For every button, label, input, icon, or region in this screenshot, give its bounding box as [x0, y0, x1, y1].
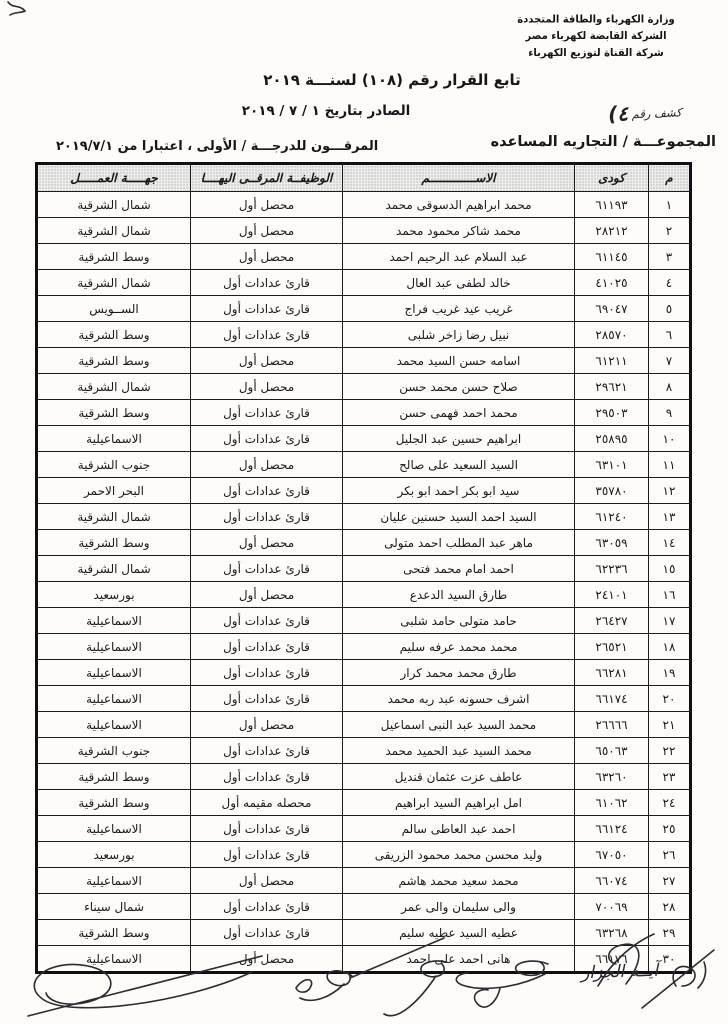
cell-no: ١٦ [649, 582, 691, 608]
cell-no: ٢٤ [649, 790, 691, 816]
table-row: ٢٨٧٠٠٦٩والى سليمان والى عمرقارئ عدادات أ… [37, 894, 691, 920]
cell-workplace: شمال سيناء [37, 894, 191, 920]
cell-no: ٧ [649, 348, 691, 374]
cell-workplace: وسط الشرقية [37, 348, 191, 374]
cell-workplace: البحر الاحمر [37, 478, 191, 504]
cell-name: عطيه السيد عطيه سليم [343, 920, 575, 946]
table-row: ٥٦٩٠٤٧غريب عيد غريب فراجقارئ عدادات أولا… [37, 296, 691, 322]
cell-no: ١٣ [649, 504, 691, 530]
cell-code: ٦٩٠٤٧ [575, 296, 649, 322]
cell-no: ٢٩ [649, 920, 691, 946]
cell-code: ٢٦٦٦٦ [575, 712, 649, 738]
table-row: ١٧٢٦٤٢٧حامد متولى حامد شلبىقارئ عدادات أ… [37, 608, 691, 634]
header-no: م [649, 164, 691, 192]
cell-no: ٢٥ [649, 816, 691, 842]
table-row: ١٩٦٦٢٨١طارق محمد محمد كرارقارئ عدادات أو… [37, 660, 691, 686]
cell-name: حامد متولى حامد شلبى [343, 608, 575, 634]
cell-name: خالد لطفى عبد العال [343, 270, 575, 296]
table-row: ١١٦٣١٠١السيد السعيد على صالحمحصل أولجنوب… [37, 452, 691, 478]
cell-code: ٢٦٤٢٧ [575, 608, 649, 634]
cell-job: قارئ عدادات أول [191, 686, 343, 712]
cell-code: ٦٣١٠١ [575, 452, 649, 478]
cell-no: ١٥ [649, 556, 691, 582]
cell-job: قارئ عدادات أول [191, 764, 343, 790]
table-row: ١٢٣٥٧٨٠سيد ابو بكر احمد ابو بكرقارئ عداد… [37, 478, 691, 504]
cell-workplace: الاسماعيلية [37, 712, 191, 738]
table-row: ٢٢٨٢١٢محمد شاكر محمود محمدمحصل أولشمال ا… [37, 218, 691, 244]
header-code: كودى [575, 164, 649, 192]
cell-name: غريب عيد غريب فراج [343, 296, 575, 322]
cell-name: محمد السيد عبد الحميد محمد [343, 738, 575, 764]
sheet-number-note: كشف رقم (٤ [608, 96, 719, 124]
cell-name: صلاح حسن محمد حسن [343, 374, 575, 400]
cell-name: السيد احمد السيد حسنين عليان [343, 504, 575, 530]
cell-name: اسامه حسن السيد محمد [343, 348, 575, 374]
cell-workplace: الاسماعيلية [37, 686, 191, 712]
cell-name: عاطف عزت عثمان قنديل [343, 764, 575, 790]
letterhead-line-ministry: وزارة الكهرباء والطاقة المتجددة [470, 12, 722, 29]
cell-no: ٤ [649, 270, 691, 296]
sheet-number-label: كشف رقم [631, 105, 681, 121]
cell-job: محصل أول [191, 348, 343, 374]
table-row: ٢٢٦٥٠٦٣محمد السيد عبد الحميد محمدقارئ عد… [37, 738, 691, 764]
cell-no: ١ [649, 192, 691, 218]
signature-scribble [300, 971, 352, 1000]
table-row: ٢٦٦٧٠٥٠وليد محسن محمد محمود الزريقىقارئ … [37, 842, 691, 868]
scan-mark-icon [8, 2, 25, 15]
cell-name: وليد محسن محمد محمود الزريقى [343, 842, 575, 868]
cell-workplace: وسط الشرقية [37, 244, 191, 270]
cell-no: ٦ [649, 322, 691, 348]
cell-code: ٦٦٢٨١ [575, 660, 649, 686]
cell-no: ٢٢ [649, 738, 691, 764]
cell-no: ١٠ [649, 426, 691, 452]
scanned-decree-page: وزارة الكهرباء والطاقة المتجددة الشركة ا… [0, 0, 728, 1024]
table-row: ٢٧٦٦٠٧٤محمد سعيد محمد هاشممحصل أولالاسما… [37, 868, 691, 894]
signature-scribble [698, 962, 706, 988]
cell-name: سيد ابو بكر احمد ابو بكر [343, 478, 575, 504]
cell-name: اشرف حسونه عبد ربه محمد [343, 686, 575, 712]
cell-workplace: شمال الشرقية [37, 556, 191, 582]
cell-name: السيد السعيد على صالح [343, 452, 575, 478]
cell-workplace: الاسماعيلية [37, 660, 191, 686]
cell-code: ٢٥٨٩٥ [575, 426, 649, 452]
header-workplace: جهـــــة العمـــــل [37, 164, 191, 192]
table-row: ١٨٢٦٥٢١محمد محمد عرفه سليمقارئ عدادات أو… [37, 634, 691, 660]
cell-code: ٦٧٠٥٠ [575, 842, 649, 868]
table-row: ١٦٢٤١٠١طارق السيد الدعدعمحصل أولبورسعيد [37, 582, 691, 608]
table-row: ٧٦١٢١١اسامه حسن السيد محمدمحصل أولوسط ال… [37, 348, 691, 374]
cell-name: محمد السيد عبد النبى اسماعيل [343, 712, 575, 738]
cell-job: قارئ عدادات أول [191, 296, 343, 322]
cell-name: والى سليمان والى عمر [343, 894, 575, 920]
table-row: ٢٠٦٦١٧٤اشرف حسونه عبد ربه محمدقارئ عدادا… [37, 686, 691, 712]
table-row: ١٥٦٢٢٣٦احمد امام محمد فتحىقارئ عدادات أو… [37, 556, 691, 582]
cell-no: ٥ [649, 296, 691, 322]
cell-job: محصل أول [191, 530, 343, 556]
letterhead-line-holding-company: الشركة القابضة لكهرباء مصر [470, 29, 722, 46]
cell-name: محمد احمد فهمى حسن [343, 400, 575, 426]
cell-job: محصل أول [191, 946, 343, 973]
table-row: ٢٣٦٣٢٦٠عاطف عزت عثمان قنديلقارئ عدادات أ… [37, 764, 691, 790]
cell-workplace: شمال الشرقية [37, 192, 191, 218]
cell-workplace: الاسماعيلية [37, 608, 191, 634]
table-row: ١٤٦٣٠٥٩ماهر عبد المطلب احمد متولىمحصل أو… [37, 530, 691, 556]
cell-job: قارئ عدادات أول [191, 504, 343, 530]
cell-name: محمد محمد عرفه سليم [343, 634, 575, 660]
promotion-label: المرقـــون للدرجـــة / الأولى ، اعتبارا … [56, 139, 378, 154]
cell-name: نبيل رضا زاخر شلبى [343, 322, 575, 348]
cell-workplace: وسط الشرقية [37, 920, 191, 946]
cell-code: ٦٣٢٦٨ [575, 920, 649, 946]
cell-code: ٦٢٢٣٦ [575, 556, 649, 582]
cell-no: ٢٨ [649, 894, 691, 920]
cell-no: ٢ [649, 218, 691, 244]
cell-workplace: الاسماعيلية [37, 634, 191, 660]
cell-job: محصل أول [191, 244, 343, 270]
cell-no: ٨ [649, 374, 691, 400]
cell-workplace: الاسماعيلية [37, 868, 191, 894]
cell-workplace: وسط الشرقية [37, 400, 191, 426]
cell-job: قارئ عدادات أول [191, 920, 343, 946]
table-row: ١٦١١٩٣محمد ابراهيم الدسوقى محمدمحصل أولش… [37, 192, 691, 218]
table-row: ١٠٢٥٨٩٥ابراهيم حسين عبد الجليلقارئ عدادا… [37, 426, 691, 452]
cell-name: محمد سعيد محمد هاشم [343, 868, 575, 894]
letterhead-line-canal-company: شركة القناة لتوزيع الكهرباء [470, 45, 722, 62]
cell-workplace: الاسماعيلية [37, 426, 191, 452]
cell-code: ٦٦١٧٤ [575, 686, 649, 712]
cell-job: قارئ عدادات أول [191, 426, 343, 452]
cell-code: ٢٩٥٠٣ [575, 400, 649, 426]
cell-job: محصل أول [191, 712, 343, 738]
cell-code: ٢٤١٠١ [575, 582, 649, 608]
table-row: ٤٤١٠٢٥خالد لطفى عبد العالقارئ عدادات أول… [37, 270, 691, 296]
cell-name: طارق محمد محمد كرار [343, 660, 575, 686]
cell-job: قارئ عدادات أول [191, 842, 343, 868]
cell-workplace: جنوب الشرقية [37, 452, 191, 478]
cell-workplace: بورسعيد [37, 582, 191, 608]
cell-no: ١٩ [649, 660, 691, 686]
cell-no: ١٢ [649, 478, 691, 504]
cell-code: ٧٠٠٦٩ [575, 894, 649, 920]
cell-no: ٢٣ [649, 764, 691, 790]
cell-job: قارئ عدادات أول [191, 400, 343, 426]
sheet-number-value: (٤ [608, 101, 629, 126]
cell-job: قارئ عدادات أول [191, 660, 343, 686]
cell-job: محصل أول [191, 218, 343, 244]
cell-code: ٣٥٧٨٠ [575, 478, 649, 504]
table-row: ٢٩٦٣٢٦٨عطيه السيد عطيه سليمقارئ عدادات أ… [37, 920, 691, 946]
cell-job: قارئ عدادات أول [191, 478, 343, 504]
cell-workplace: الاسماعيلية [37, 816, 191, 842]
cell-no: ١١ [649, 452, 691, 478]
roster-table: م كودى الاســـــــــــــم الوظيفــة المر… [35, 162, 692, 974]
signature-scribble [475, 988, 500, 1007]
cell-no: ٢٠ [649, 686, 691, 712]
roster-table-body: ١٦١١٩٣محمد ابراهيم الدسوقى محمدمحصل أولش… [37, 192, 691, 973]
table-row: ٢١٢٦٦٦٦محمد السيد عبد النبى اسماعيلمحصل … [37, 712, 691, 738]
cell-no: ٢١ [649, 712, 691, 738]
cell-no: ٢٦ [649, 842, 691, 868]
table-row: ٣٦١١٤٥عبد السلام عبد الرحيم احمدمحصل أول… [37, 244, 691, 270]
cell-job: محصل أول [191, 374, 343, 400]
cell-workplace: شمال الشرقية [37, 374, 191, 400]
signature-scribble [296, 980, 312, 992]
cell-job: محصل أول [191, 192, 343, 218]
decree-title: تابع القرار رقم (١٠٨) لسنـــة ٢٠١٩ [204, 71, 580, 89]
cell-job: قارئ عدادات أول [191, 270, 343, 296]
decree-issue-date: الصادر بتاريخ ١ / ٧ / ٢٠١٩ [224, 103, 428, 119]
header-job: الوظيفــة المرقــى اليهــــا [191, 164, 343, 192]
cell-name: احمد عبد العاطى سالم [343, 816, 575, 842]
cell-name: طارق السيد الدعدع [343, 582, 575, 608]
table-row: ١٣٦١٢٤٠السيد احمد السيد حسنين عليانقارئ … [37, 504, 691, 530]
cell-code: ٦٣٢٦٠ [575, 764, 649, 790]
cell-workplace: شمال الشرقية [37, 504, 191, 530]
header-name: الاســـــــــــــم [343, 164, 575, 192]
cell-code: ٦٦١٢٤ [575, 816, 649, 842]
cell-job: قارئ عدادات أول [191, 322, 343, 348]
cell-code: ٦١١٩٣ [575, 192, 649, 218]
table-row: ٦٢٨٥٧٠نبيل رضا زاخر شلبىقارئ عدادات أولو… [37, 322, 691, 348]
cell-workplace: بورسعيد [37, 842, 191, 868]
cell-name: ابراهيم حسين عبد الجليل [343, 426, 575, 452]
letterhead: وزارة الكهرباء والطاقة المتجددة الشركة ا… [470, 12, 722, 62]
cell-job: محصل أول [191, 868, 343, 894]
cell-name: احمد امام محمد فتحى [343, 556, 575, 582]
cell-code: ٦١١٤٥ [575, 244, 649, 270]
cell-code: ٦٦٠٧٤ [575, 868, 649, 894]
cell-code: ٦٥٠٦٣ [575, 738, 649, 764]
cell-workplace: شمال الشرقية [37, 218, 191, 244]
cell-no: ٢٧ [649, 868, 691, 894]
cell-name: محمد شاكر محمود محمد [343, 218, 575, 244]
group-label: المجموعـــة / التجاريه المساعده [491, 134, 716, 150]
cell-code: ٢٨٥٧٠ [575, 322, 649, 348]
cell-no: ١٨ [649, 634, 691, 660]
cell-no: ٣ [649, 244, 691, 270]
cell-job: محصله مقيمه أول [191, 790, 343, 816]
cell-code: ٦٣٠٥٩ [575, 530, 649, 556]
cell-code: ٦١٢٤٠ [575, 504, 649, 530]
cell-no: ٩ [649, 400, 691, 426]
cell-name: عبد السلام عبد الرحيم احمد [343, 244, 575, 270]
cell-name: ماهر عبد المطلب احمد متولى [343, 530, 575, 556]
cell-code: ٢٨٢١٢ [575, 218, 649, 244]
table-row: ٢٤٦١٠٦٢امل ابراهيم السيد ابراهيممحصله مق… [37, 790, 691, 816]
table-row: ٢٥٦٦١٢٤احمد عبد العاطى سالمقارئ عدادات أ… [37, 816, 691, 842]
cell-job: محصل أول [191, 452, 343, 478]
handwritten-name: آيــه الجزار [581, 961, 659, 984]
cell-workplace: وسط الشرقية [37, 764, 191, 790]
cell-job: قارئ عدادات أول [191, 556, 343, 582]
cell-job: قارئ عدادات أول [191, 894, 343, 920]
cell-workplace: الســويس [37, 296, 191, 322]
cell-workplace: وسط الشرقية [37, 530, 191, 556]
cell-no: ١٧ [649, 608, 691, 634]
cell-name: امل ابراهيم السيد ابراهيم [343, 790, 575, 816]
cell-code: ٦١٢١١ [575, 348, 649, 374]
cell-name: محمد ابراهيم الدسوقى محمد [343, 192, 575, 218]
table-row: ٩٢٩٥٠٣محمد احمد فهمى حسنقارئ عدادات أولو… [37, 400, 691, 426]
cell-job: قارئ عدادات أول [191, 816, 343, 842]
table-header-row: م كودى الاســـــــــــــم الوظيفــة المر… [37, 164, 691, 192]
cell-workplace: جنوب الشرقية [37, 738, 191, 764]
cell-code: ٤١٠٢٥ [575, 270, 649, 296]
cell-code: ٦١٠٦٢ [575, 790, 649, 816]
cell-code: ٢٦٥٢١ [575, 634, 649, 660]
cell-job: قارئ عدادات أول [191, 634, 343, 660]
cell-workplace: وسط الشرقية [37, 790, 191, 816]
cell-no: ١٤ [649, 530, 691, 556]
cell-name: هانى احمد على احمد [343, 946, 575, 973]
cell-job: محصل أول [191, 582, 343, 608]
cell-workplace: وسط الشرقية [37, 322, 191, 348]
table-row: ٨٢٩٦٢١صلاح حسن محمد حسنمحصل أولشمال الشر… [37, 374, 691, 400]
cell-workplace: شمال الشرقية [37, 270, 191, 296]
cell-workplace: الاسماعيلية [37, 946, 191, 973]
cell-code: ٢٩٦٢١ [575, 374, 649, 400]
cell-job: قارئ عدادات أول [191, 738, 343, 764]
cell-job: قارئ عدادات أول [191, 608, 343, 634]
